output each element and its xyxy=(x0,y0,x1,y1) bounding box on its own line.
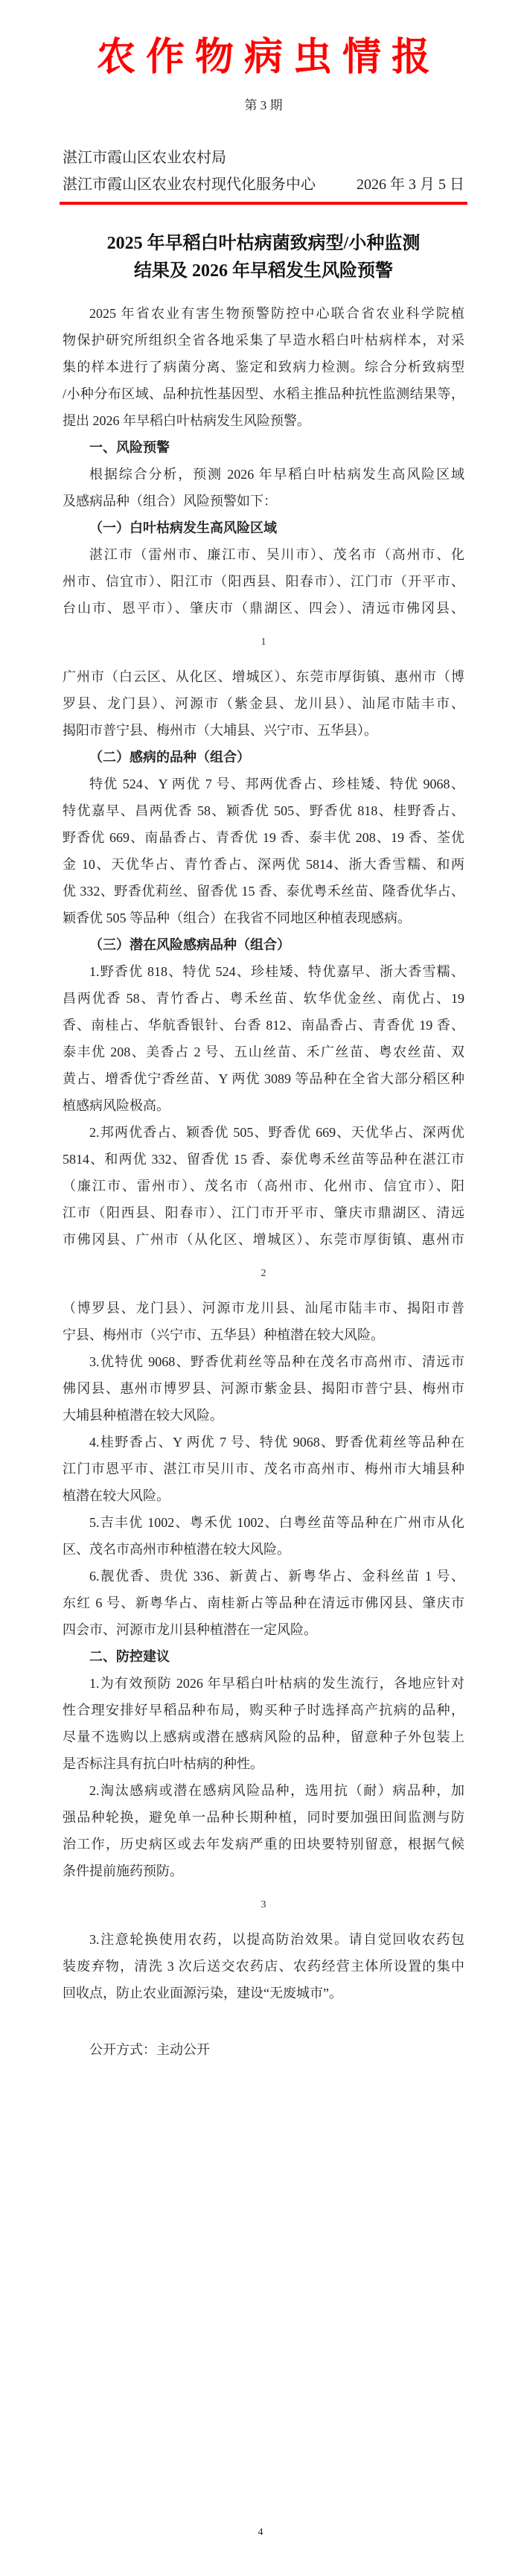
text-line: 优 332、野香优莉丝、留香优 15 香、泰优粤禾丝苗、隆香优华占、 xyxy=(63,878,464,905)
text-line: 5814、和两优 332、留香优 15 香、泰优粤禾丝苗等品种在湛江市 xyxy=(63,1146,464,1173)
text-line: 是否标注具有抗白叶枯病的种性。 xyxy=(63,1750,464,1777)
text-line: 颖香优 505 等品种（组合）在我省不同地区种植表现感病。 xyxy=(63,905,464,931)
text-line: 2025 年省农业有害生物预警防控中心联合省农业科学院植 xyxy=(63,300,464,327)
issuing-org-line1: 湛江市霞山区农业农村局 xyxy=(63,144,464,171)
text-line: 及感病品种（组合）风险预警如下： xyxy=(63,488,464,514)
text-line: 佛冈县、惠州市博罗县、河源市紫金县、揭阳市普宁县、梅州市 xyxy=(63,1375,464,1402)
text-line: 香、南桂占、华航香银针、台香 812、南晶香占、青香优 19 香、 xyxy=(63,1012,464,1039)
text-line: 植潜在较大风险。 xyxy=(63,1482,464,1509)
issue-date: 2026 年 3 月 5 日 xyxy=(357,171,464,198)
text-line: 昌两优香 58、青竹香占、粤禾丝苗、软华优金丝、南优占、19 xyxy=(63,985,464,1012)
section-heading: （一）白叶枯病发生高风险区域 xyxy=(63,514,464,541)
text-line: /小种分布区域、品种抗性基因型、水稻主推品种抗性监测结果等， xyxy=(63,380,464,407)
text-line: 装废弃物，清洗 3 次后送交农药店、农药经营主体所设置的集中 xyxy=(63,1953,464,1980)
document-body: 2025 年省农业有害生物预警防控中心联合省农业科学院植物保护研究所组织全省各地… xyxy=(63,300,464,2063)
text-line: 江市（阳西县、阳春市）、江门市开平市、肇庆市鼎湖区、清远 xyxy=(63,1199,464,1226)
page-number: 4 xyxy=(0,2527,521,2539)
text-line: 区、茂名市高州市种植潜在较大风险。 xyxy=(63,1536,464,1563)
text-line: 州市、信宜市）、阳江市（阳西县、阳春市）、江门市（开平市、 xyxy=(63,568,464,595)
text-line: 1.野香优 818、特优 524、珍桂矮、特优嘉早、浙大香雪糯、 xyxy=(63,958,464,985)
text-line: （博罗县、龙门县）、河源市龙川县、汕尾市陆丰市、揭阳市普 xyxy=(63,1295,464,1322)
document-page: 农作物病虫情报 第 3 期 湛江市霞山区农业农村局 湛江市霞山区农业农村现代化服… xyxy=(0,0,521,2576)
text-line: 市佛冈县、广州市（从化区、增城区）、东莞市厚街镇、惠州市 xyxy=(63,1226,464,1253)
text-line: 治工作，历史病区或去年发病严重的田块要特别留意，根据气候 xyxy=(63,1831,464,1858)
text-line: 野香优 669、南晶香占、青香优 19 香、泰丰优 208、19 香、荃优 xyxy=(63,824,464,851)
text-line: 大埔县种植潜在较大风险。 xyxy=(63,1402,464,1429)
text-line: 5.吉丰优 1002、粤禾优 1002、白粤丝苗等品种在广州市从化 xyxy=(63,1509,464,1536)
section-heading: 二、防控建议 xyxy=(63,1643,464,1670)
bulletin-masthead-title: 农作物病虫情报 xyxy=(63,34,464,82)
text-line: 2.邦两优香占、颖香优 505、野香优 669、天优华占、深两优 xyxy=(63,1119,464,1146)
text-line: 泰丰优 208、美香占 2 号、五山丝苗、禾广丝苗、粤农丝苗、双 xyxy=(63,1039,464,1065)
red-divider-rule xyxy=(60,202,467,205)
issuing-org-block: 湛江市霞山区农业农村局 湛江市霞山区农业农村现代化服务中心 2026 年 3 月… xyxy=(63,144,464,205)
text-line: 江门市恩平市、湛江市吴川市、茂名市高州市、梅州市大埔县种 xyxy=(63,1456,464,1482)
text-line: 台山市、恩平市）、肇庆市（鼎湖区、四会）、清远市佛冈县、 xyxy=(63,595,464,622)
section-heading: （三）潜在风险感病品种（组合） xyxy=(63,931,464,958)
text-line: 公开方式：主动公开 xyxy=(63,2036,464,2063)
text-line: 6.靓优香、贵优 336、新黄占、新粤华占、金科丝苗 1 号、 xyxy=(63,1563,464,1590)
text-line: 揭阳市普宁县、梅州市（大埔县、兴宁市、五华县）。 xyxy=(63,717,464,744)
text-line: 2.淘汰感病或潜在感病风险品种，选用抗（耐）病品种，加 xyxy=(63,1777,464,1804)
text-line: 性合理安排好早稻品种布局，购买种子时选择高产抗病的品种， xyxy=(63,1697,464,1724)
text-line: 黄占、增香优宁香丝苗、Y 两优 3089 等品种在全省大部分稻区种 xyxy=(63,1065,464,1092)
text-line: 四会市、河源市龙川县种植潜在一定风险。 xyxy=(63,1616,464,1643)
text-line: 特优 524、Y 两优 7 号、邦两优香占、珍桂矮、特优 9068、 xyxy=(63,771,464,797)
text-line: 罗县、龙门县）、河源市（紫金县、龙川县）、汕尾市陆丰市、 xyxy=(63,690,464,717)
text-line: 条件提前施药预防。 xyxy=(63,1858,464,1884)
text-line: 特优嘉早、昌两优香 58、颖香优 505、野香优 818、桂野香占、 xyxy=(63,797,464,824)
issuing-org-line2: 湛江市霞山区农业农村现代化服务中心 2026 年 3 月 5 日 xyxy=(63,171,464,198)
document-title: 2025 年早稻白叶枯病菌致病型/小种监测 结果及 2026 年早稻发生风险预警 xyxy=(63,230,464,285)
text-line: 宁县、梅州市（兴宁市、五华县）种植潜在较大风险。 xyxy=(63,1322,464,1348)
text-line: 根据综合分析，预测 2026 年早稻白叶枯病发生高风险区域 xyxy=(63,461,464,488)
text-line: 回收点，防止农业面源污染，建设“无废城市”。 xyxy=(63,1980,464,2006)
text-line: 湛江市（雷州市、廉江市、吴川市）、茂名市（高州市、化 xyxy=(63,541,464,568)
text-line: 物保护研究所组织全省各地采集了早造水稻白叶枯病样本，对采 xyxy=(63,327,464,354)
text-line: 1.为有效预防 2026 年早稻白叶枯病的发生流行，各地应针对 xyxy=(63,1670,464,1697)
text-line: 4.桂野香占、Y 两优 7 号、特优 9068、野香优莉丝等品种在 xyxy=(63,1429,464,1456)
issue-number: 第 3 期 xyxy=(63,97,464,115)
text-line: 3.注意轮换使用农药，以提高防治效果。请自觉回收农药包 xyxy=(63,1926,464,1953)
document-title-line2: 结果及 2026 年早稻发生风险预警 xyxy=(63,258,464,285)
document-title-line1: 2025 年早稻白叶枯病菌致病型/小种监测 xyxy=(63,230,464,258)
section-heading: （二）感病的品种（组合） xyxy=(63,744,464,771)
page-number: 3 xyxy=(63,1884,464,1926)
page-number: 1 xyxy=(63,622,464,663)
issuing-org-name: 湛江市霞山区农业农村现代化服务中心 xyxy=(63,171,316,198)
text-line: 东红 6 号、新粤华占、南桂新占等品种在清远市佛冈县、肇庆市 xyxy=(63,1590,464,1616)
page-number: 2 xyxy=(63,1253,464,1295)
text-line: 强品种轮换，避免单一品种长期种植，同时要加强田间监测与防 xyxy=(63,1804,464,1831)
text-line: 植感病风险极高。 xyxy=(63,1092,464,1119)
text-line: 提出 2026 年早稻白叶枯病发生风险预警。 xyxy=(63,407,464,434)
text-line: 广州市（白云区、从化区、增城区）、东莞市厚街镇、惠州市（博 xyxy=(63,663,464,690)
text-line: 3.优特优 9068、野香优莉丝等品种在茂名市高州市、清远市 xyxy=(63,1348,464,1375)
text-line: 集的样本进行了病菌分离、鉴定和致病力检测。综合分析致病型 xyxy=(63,354,464,380)
section-heading: 一、风险预警 xyxy=(63,434,464,461)
page-gap xyxy=(63,2006,464,2036)
text-line: 金 10、天优华占、青竹香占、深两优 5814、浙大香雪糯、和两 xyxy=(63,851,464,878)
text-line: （廉江市、雷州市）、茂名市（高州市、化州市、信宜市）、阳 xyxy=(63,1173,464,1199)
text-line: 尽量不选购以上感病或潜在感病风险的品种，留意种子外包装上 xyxy=(63,1724,464,1750)
